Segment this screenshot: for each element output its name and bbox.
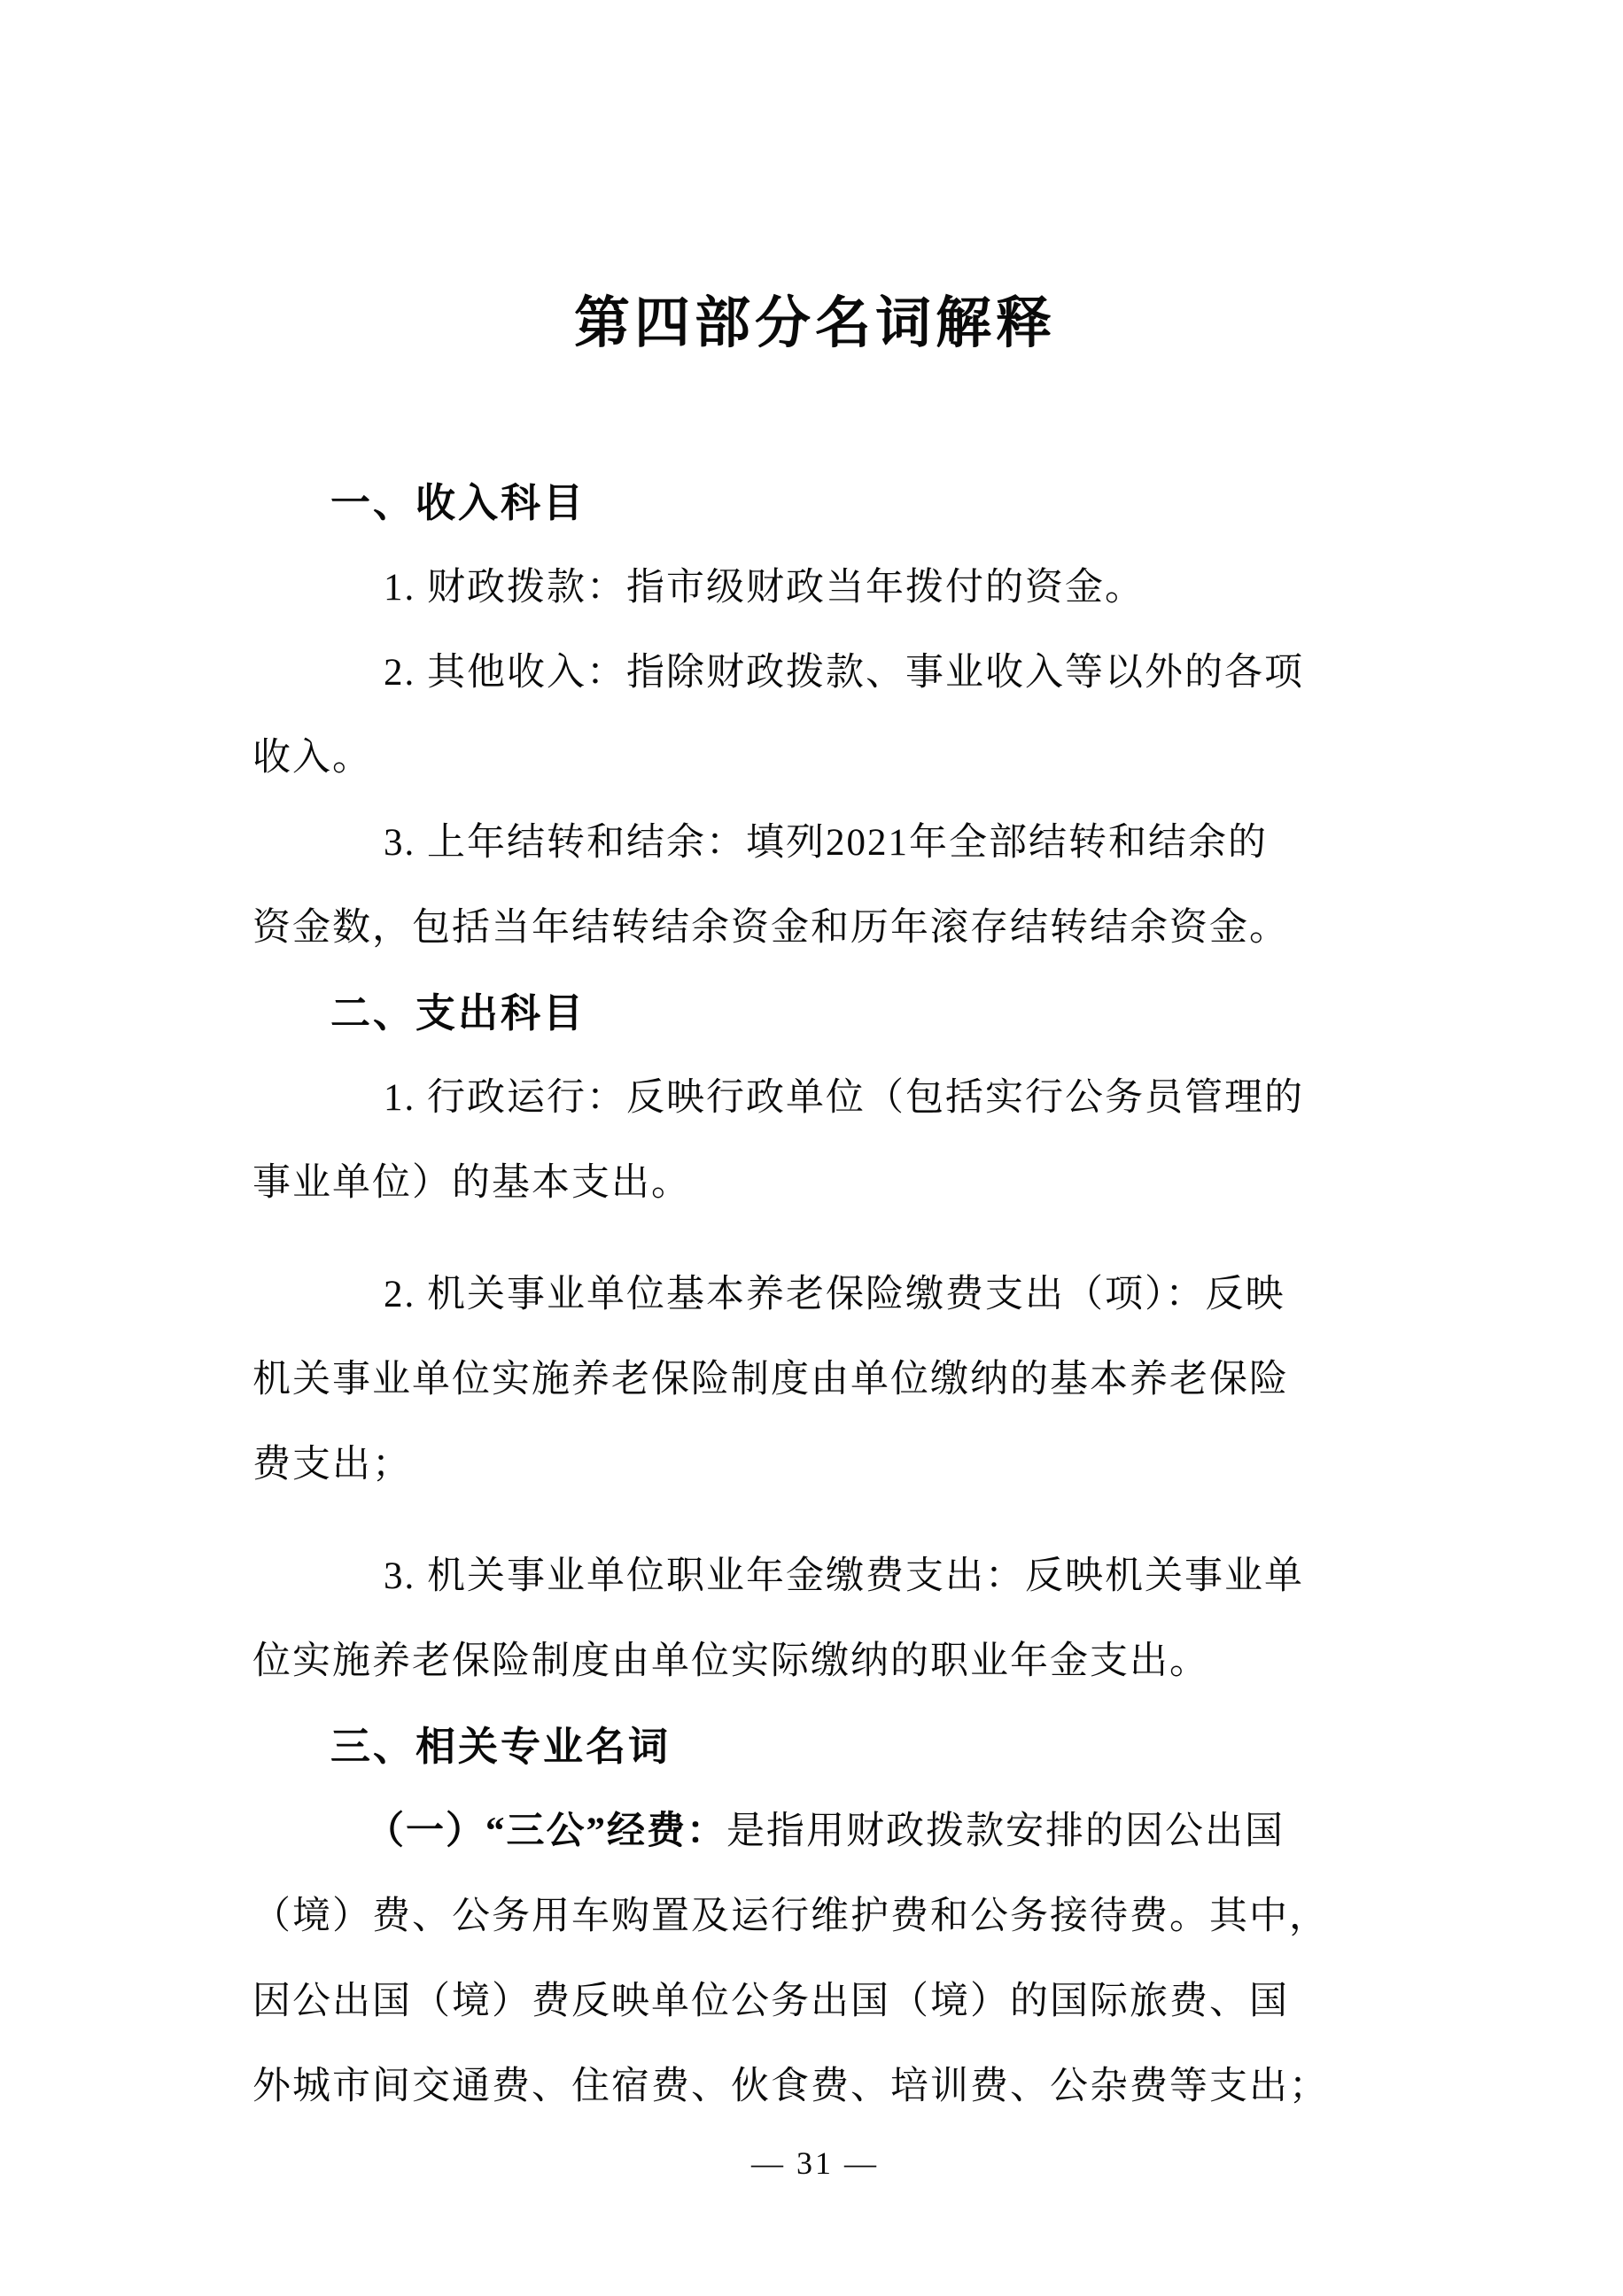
body-line: 资金数，包括当年结转结余资金和历年滚存结转结余资金。 (252, 886, 1378, 971)
section-heading-expenditure: 二、支出科目 (252, 971, 1378, 1056)
body-line: 机关事业单位实施养老保险制度由单位缴纳的基本养老保险 (252, 1338, 1378, 1423)
section-heading-income: 一、收入科目 (252, 461, 1378, 546)
body-line: （一）“三公”经费：是指用财政拨款安排的因公出国 (252, 1789, 1378, 1874)
body-line: 因公出国（境）费反映单位公务出国（境）的国际旅费、国 (252, 1959, 1378, 2044)
body-line: 3. 机关事业单位职业年金缴费支出：反映机关事业单 (252, 1534, 1378, 1619)
body-line: 2. 机关事业单位基本养老保险缴费支出（项）：反映 (252, 1253, 1378, 1338)
body-line: 事业单位）的基本支出。 (252, 1141, 1378, 1226)
body-line: 1. 财政拨款：指市级财政当年拨付的资金。 (252, 546, 1378, 631)
term-label-bold: （一）“三公”经费： (366, 1811, 726, 1852)
section-heading-terms: 三、相关专业名词 (252, 1704, 1378, 1789)
body-line: 位实施养老保险制度由单位实际缴纳的职业年金支出。 (252, 1619, 1378, 1704)
document-page: 第四部分名词解释 一、收入科目 1. 财政拨款：指市级财政当年拨付的资金。 2.… (0, 0, 1623, 2296)
body-line: （境）费、公务用车购置及运行维护费和公务接待费。其中， (252, 1874, 1378, 1959)
body-line: 1. 行政运行：反映行政单位（包括实行公务员管理的 (252, 1056, 1378, 1141)
body-line: 费支出； (252, 1423, 1378, 1508)
body-line: 2. 其他收入：指除财政拨款、事业收入等以外的各项 (252, 631, 1378, 716)
body-line: 3. 上年结转和结余：填列2021年全部结转和结余的 (252, 801, 1378, 886)
body-line: 收入。 (252, 716, 1378, 801)
text-block: 第四部分名词解释 一、收入科目 1. 财政拨款：指市级财政当年拨付的资金。 2.… (252, 0, 1378, 2183)
page-number: — 31 — (252, 2144, 1378, 2183)
body-line: 外城市间交通费、住宿费、伙食费、培训费、公杂费等支出； (252, 2044, 1378, 2129)
body-text: 一、收入科目 1. 财政拨款：指市级财政当年拨付的资金。 2. 其他收入：指除财… (252, 358, 1378, 2129)
term-definition: 是指用财政拨款安排的因公出国 (726, 1811, 1285, 1852)
page-title: 第四部分名词解释 (252, 289, 1378, 358)
